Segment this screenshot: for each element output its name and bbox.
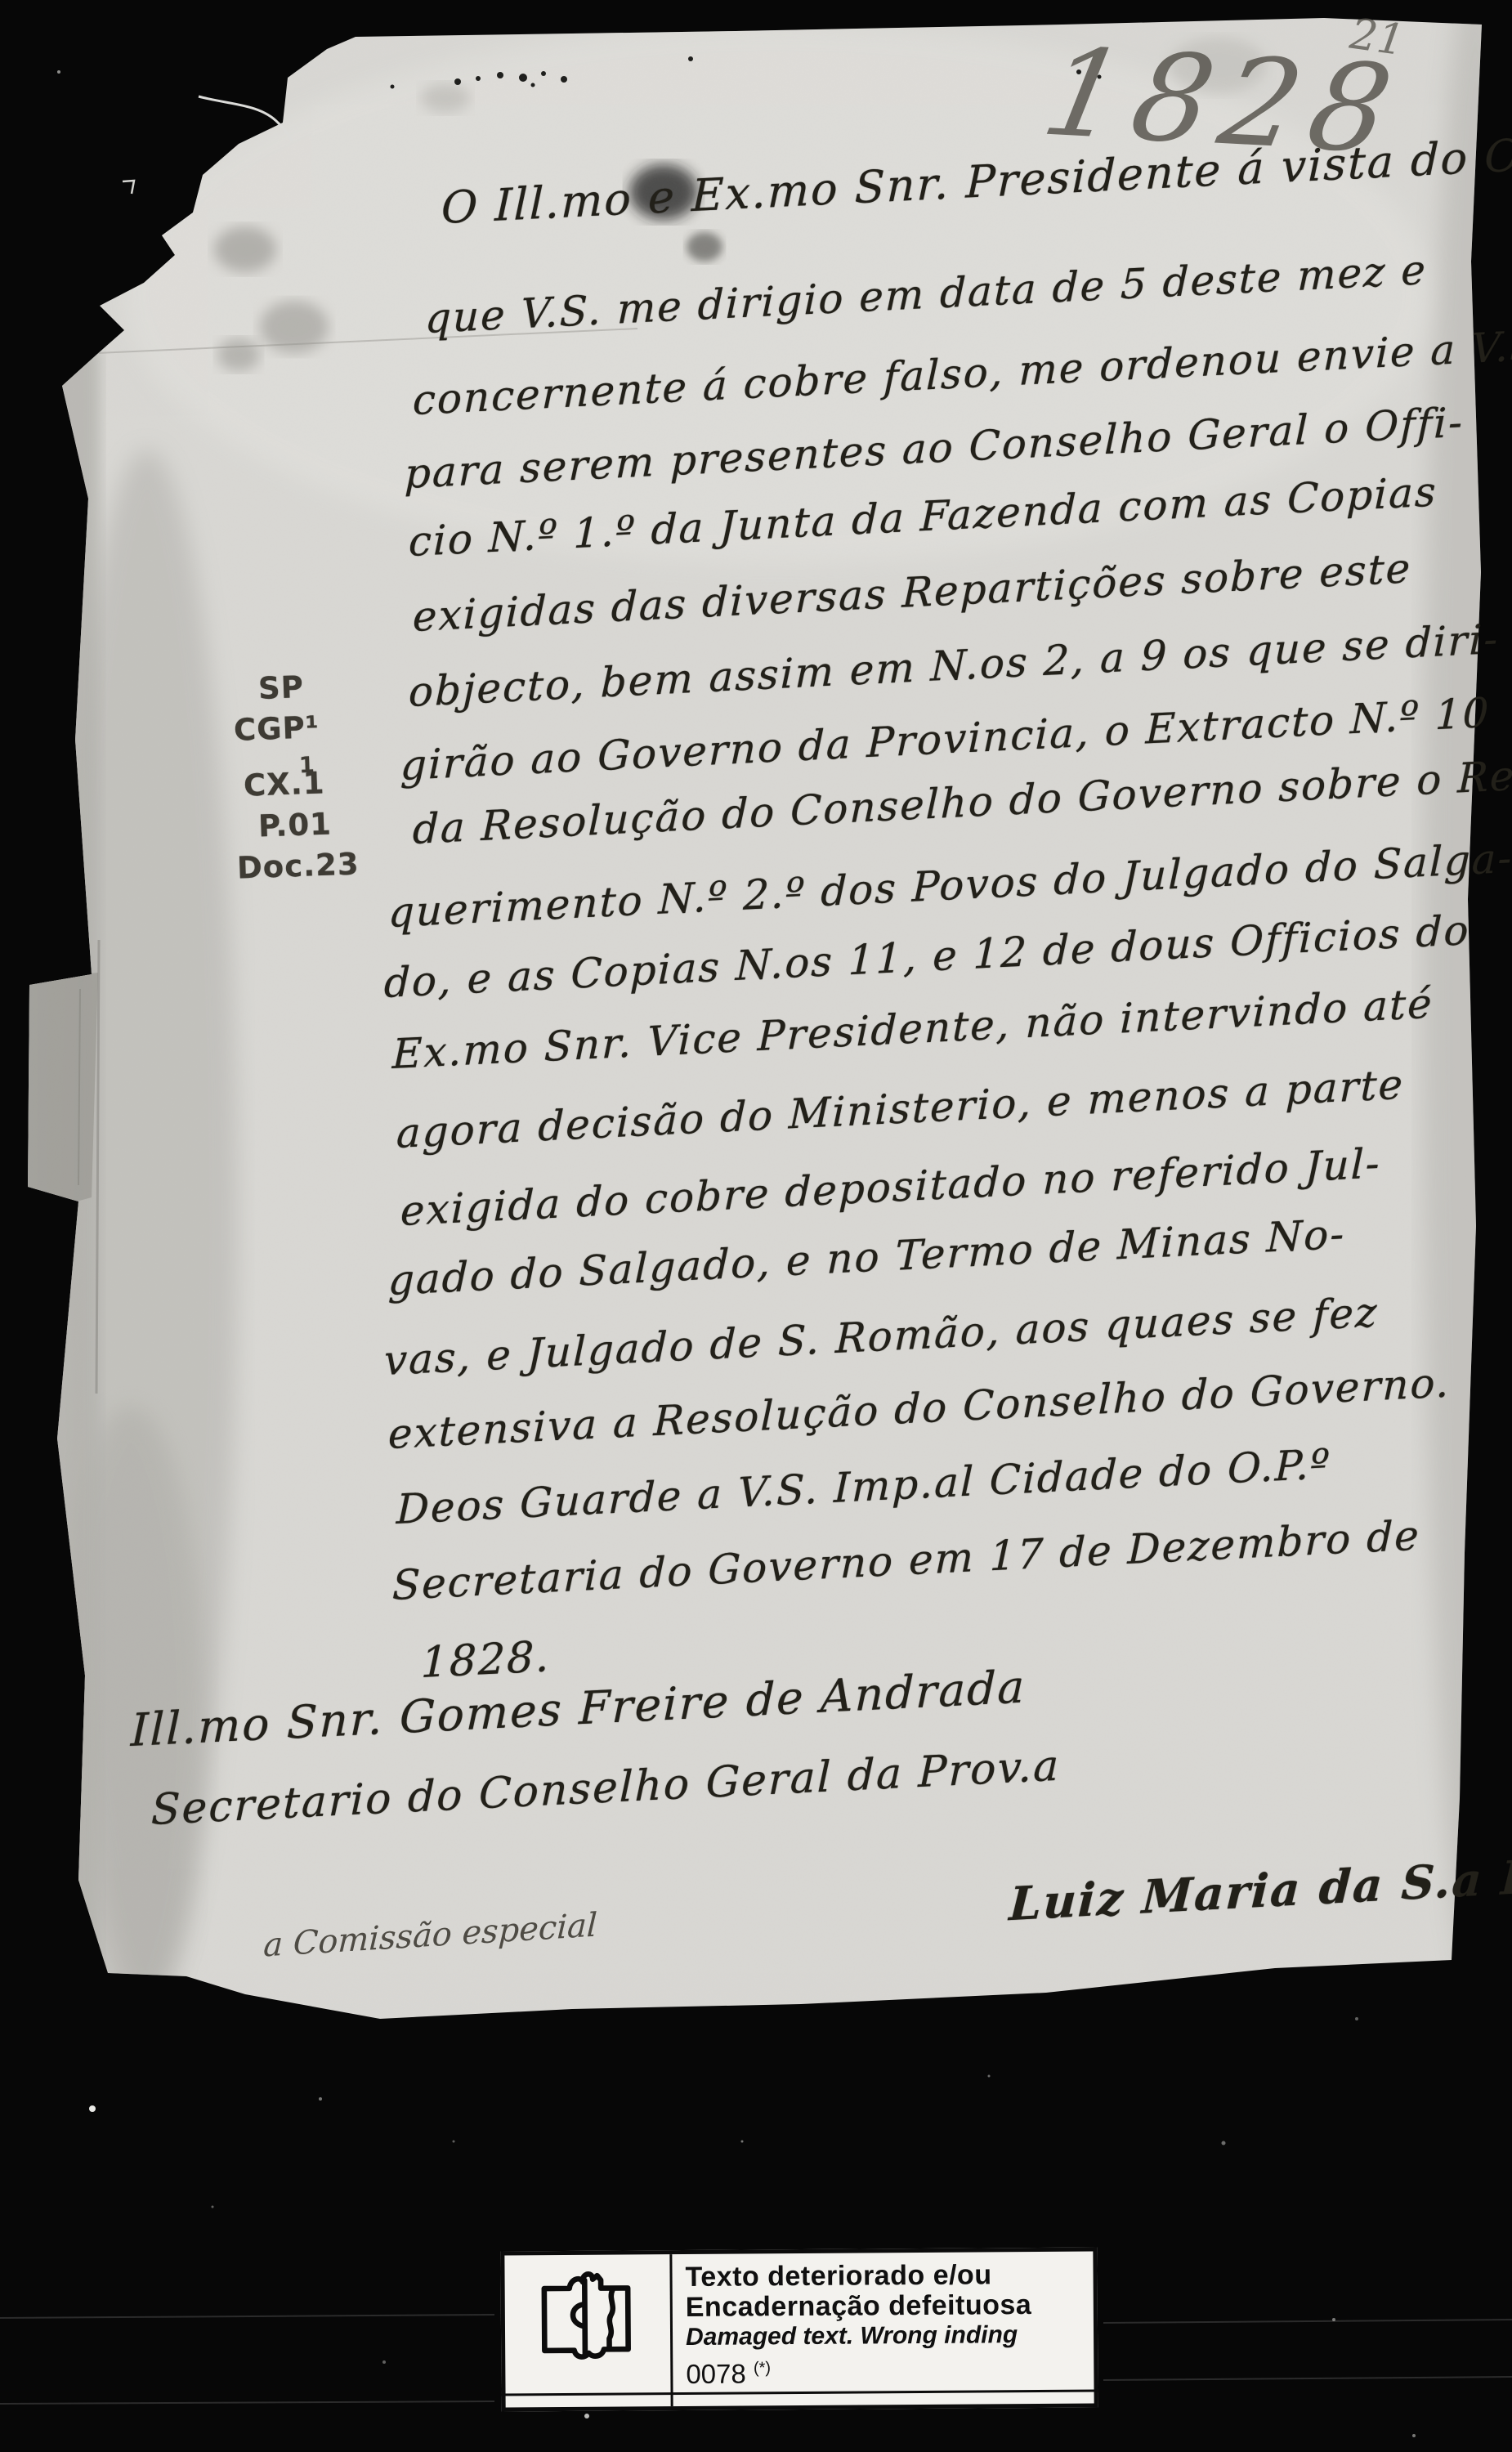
label-text-cell: Texto deteriorado e/ou Encadernação defe…	[672, 2251, 1094, 2406]
label-number-superscript: (*)	[754, 2359, 771, 2377]
archive-code-line: P.01	[257, 806, 332, 843]
archive-code-line: SP	[257, 669, 304, 706]
archive-code-line: CX.1	[243, 765, 325, 803]
label-number-value: 0078	[686, 2358, 746, 2389]
pencil-page-number: 21	[1347, 10, 1407, 66]
archive-code-line: Doc.23	[236, 846, 360, 885]
archive-code-line: CGP¹	[233, 709, 320, 748]
label-subtitle-en: Damaged text. Wrong inding	[686, 2320, 1082, 2352]
scanned-document-page: 1828 21 SP CGP¹ 1 CX.1 P.01 Doc.23 O Ill…	[0, 0, 1512, 2452]
damaged-text-label: Texto deteriorado e/ou Encadernação defe…	[500, 2247, 1098, 2411]
label-number: 0078 (*)	[686, 2350, 1082, 2391]
label-icon-cell	[504, 2254, 673, 2407]
label-title-pt-line2: Encadernação defeituosa	[686, 2290, 1082, 2323]
damaged-book-icon	[533, 2266, 642, 2366]
label-title-pt-line1: Texto deteriorado e/ou	[685, 2260, 1081, 2293]
